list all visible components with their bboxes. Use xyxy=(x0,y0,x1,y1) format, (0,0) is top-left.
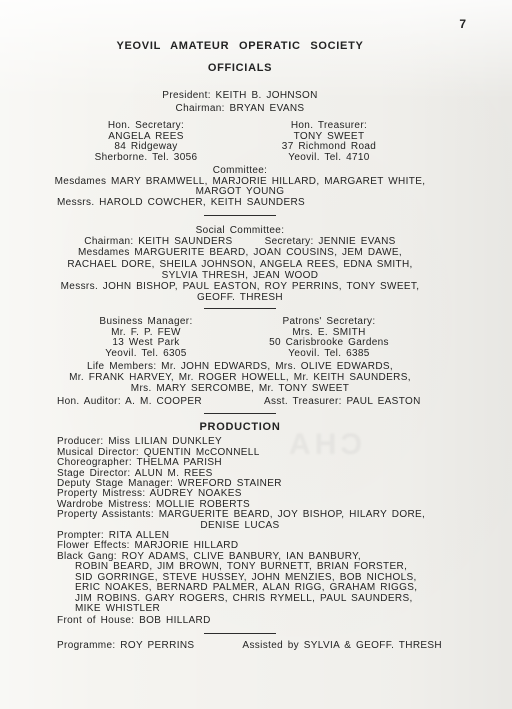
page-number: 7 xyxy=(459,17,466,31)
hon-treasurer-title: Hon. Treasurer: xyxy=(291,121,367,132)
hon-secretary-town-tel: Sherborne. Tel. 3056 xyxy=(95,153,198,164)
programme-row: Programme: ROY PERRINS Assisted by SYLVI… xyxy=(28,640,452,651)
hon-treasurer-address: 37 Richmond Road xyxy=(282,142,376,153)
patrons-secretary-block: Patrons' Secretary: Mrs. E. SMITH 50 Car… xyxy=(234,317,424,359)
section-divider xyxy=(204,413,276,414)
production-heading: PRODUCTION xyxy=(28,421,452,433)
front-of-house-line: Front of House: BOB HILLARD xyxy=(28,616,452,626)
programme-credit: Programme: ROY PERRINS xyxy=(57,640,194,651)
president-line: President: KEITH B. JOHNSON xyxy=(28,89,452,102)
business-manager-town-tel: Yeovil. Tel. 6305 xyxy=(105,349,186,360)
social-chairman: Chairman: KEITH SAUNDERS xyxy=(84,236,232,247)
hon-auditor: Hon. Auditor: A. M. COOPER xyxy=(57,396,202,407)
social-secretary: Secretary: JENNIE EVANS xyxy=(265,236,396,247)
black-gang-line: ERIC NOAKES, BERNARD PALMER, ALAN RIGG, … xyxy=(28,583,452,593)
hon-secretary-title: Hon. Secretary: xyxy=(108,121,184,132)
life-members-line: Life Members: Mr. JOHN EDWARDS, Mrs. OLI… xyxy=(28,361,452,372)
page-content: YEOVIL AMATEUR OPERATIC SOCIETY OFFICIAL… xyxy=(28,0,452,651)
section-divider xyxy=(204,633,276,634)
production-credits: Producer: Miss LILIAN DUNKLEY Musical Di… xyxy=(28,437,452,626)
officials-heading: OFFICIALS xyxy=(28,62,452,74)
programme-page: 7 CHA YEOVIL AMATEUR OPERATIC SOCIETY OF… xyxy=(0,0,512,709)
hon-secretary-block: Hon. Secretary: ANGELA REES 84 Ridgeway … xyxy=(28,121,264,163)
manager-patrons-columns: Business Manager: Mr. F. P. FEW 13 West … xyxy=(28,317,452,359)
hon-treasurer-block: Hon. Treasurer: TONY SWEET 37 Richmond R… xyxy=(234,121,424,163)
section-divider xyxy=(204,215,276,216)
chairman-line: Chairman: BRYAN EVANS xyxy=(28,102,452,115)
asst-treasurer: Asst. Treasurer: PAUL EASTON xyxy=(264,396,421,407)
social-committee-line: SYLVIA THRESH, JEAN WOOD xyxy=(28,270,452,281)
committee-line: Messrs. HAROLD COWCHER, KEITH SAUNDERS xyxy=(28,198,452,209)
hon-treasurer-town-tel: Yeovil. Tel. 4710 xyxy=(288,153,369,164)
social-committee-line: RACHAEL DORE, SHEILA JOHNSON, ANGELA REE… xyxy=(28,259,452,270)
section-divider xyxy=(204,308,276,309)
committee-line: MARGOT YOUNG xyxy=(28,187,452,198)
committee-block: Committee: Mesdames MARY BRAMWELL, MARJO… xyxy=(28,166,452,208)
social-committee-line: Mesdames MARGUERITE BEARD, JOAN COUSINS,… xyxy=(28,247,452,258)
secretary-treasurer-columns: Hon. Secretary: ANGELA REES 84 Ridgeway … xyxy=(28,121,452,163)
life-members-block: Life Members: Mr. JOHN EDWARDS, Mrs. OLI… xyxy=(28,361,452,394)
society-title: YEOVIL AMATEUR OPERATIC SOCIETY xyxy=(28,40,452,52)
social-committee-officers: Chairman: KEITH SAUNDERS Secretary: JENN… xyxy=(28,236,452,247)
committee-title: Committee: xyxy=(28,166,452,177)
hon-secretary-address: 84 Ridgeway xyxy=(114,142,177,153)
patrons-secretary-town-tel: Yeovil. Tel. 6385 xyxy=(288,349,369,360)
social-committee-title: Social Committee: xyxy=(28,225,452,236)
programme-assisted-by: Assisted by SYLVIA & GEOFF. THRESH xyxy=(242,640,442,651)
life-members-line: Mr. FRANK HARVEY, Mr. ROGER HOWELL, Mr. … xyxy=(28,372,452,383)
social-committee-block: Social Committee: Chairman: KEITH SAUNDE… xyxy=(28,225,452,303)
social-committee-line: GEOFF. THRESH xyxy=(28,292,452,303)
life-members-line: Mrs. MARY SERCOMBE, Mr. TONY SWEET xyxy=(28,383,452,394)
business-manager-block: Business Manager: Mr. F. P. FEW 13 West … xyxy=(28,317,264,359)
auditor-treasurer-row: Hon. Auditor: A. M. COOPER Asst. Treasur… xyxy=(28,396,452,407)
social-committee-line: Messrs. JOHN BISHOP, PAUL EASTON, ROY PE… xyxy=(28,281,452,292)
leadership-block: President: KEITH B. JOHNSON Chairman: BR… xyxy=(28,89,452,115)
black-gang-line: MIKE WHISTLER xyxy=(28,604,452,614)
